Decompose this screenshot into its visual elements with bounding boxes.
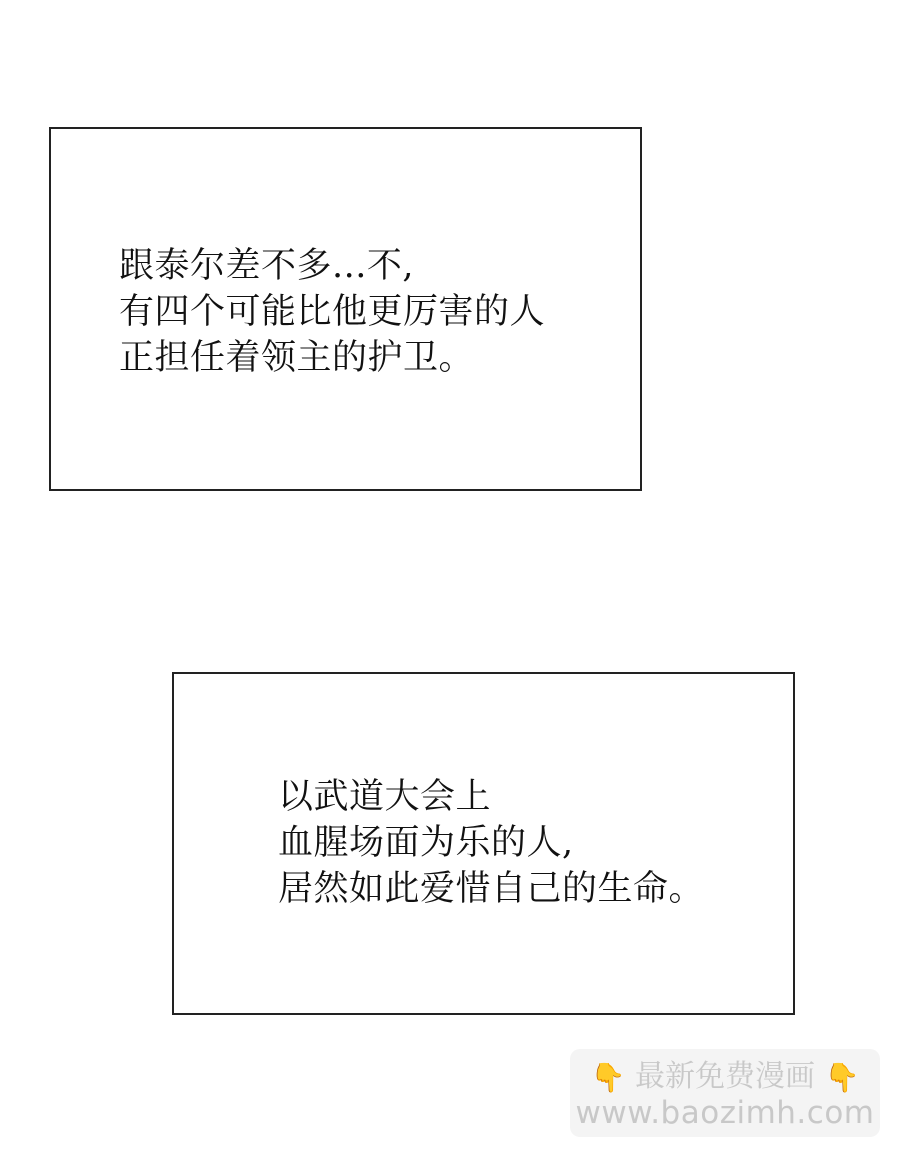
- caption-box-2: 以武道大会上 血腥场面为乐的人, 居然如此爱惜自己的生命。: [172, 672, 795, 1015]
- caption-text: 跟泰尔差不多...不, 有四个可能比他更厉害的人 正担任着领主的护卫。: [119, 243, 545, 381]
- caption-line: 正担任着领主的护卫。: [119, 335, 545, 381]
- watermark-title: 最新免费漫画: [635, 1059, 815, 1094]
- watermark-title-row: 👇 最新免费漫画 👇: [570, 1057, 880, 1098]
- caption-line: 血腥场面为乐的人,: [278, 820, 704, 866]
- caption-line: 居然如此爱惜自己的生命。: [278, 866, 704, 912]
- caption-line: 有四个可能比他更厉害的人: [119, 289, 545, 335]
- caption-line: 以武道大会上: [278, 774, 704, 820]
- pointing-down-hand-icon: 👇: [591, 1058, 626, 1098]
- watermark-badge[interactable]: 👇 最新免费漫画 👇 www.baozimh.com: [570, 1049, 880, 1137]
- caption-line: 跟泰尔差不多...不,: [119, 243, 545, 289]
- caption-text: 以武道大会上 血腥场面为乐的人, 居然如此爱惜自己的生命。: [278, 774, 704, 912]
- pointing-down-hand-icon: 👇: [825, 1058, 860, 1098]
- caption-box-1: 跟泰尔差不多...不, 有四个可能比他更厉害的人 正担任着领主的护卫。: [49, 127, 642, 491]
- watermark-url[interactable]: www.baozimh.com: [570, 1095, 880, 1131]
